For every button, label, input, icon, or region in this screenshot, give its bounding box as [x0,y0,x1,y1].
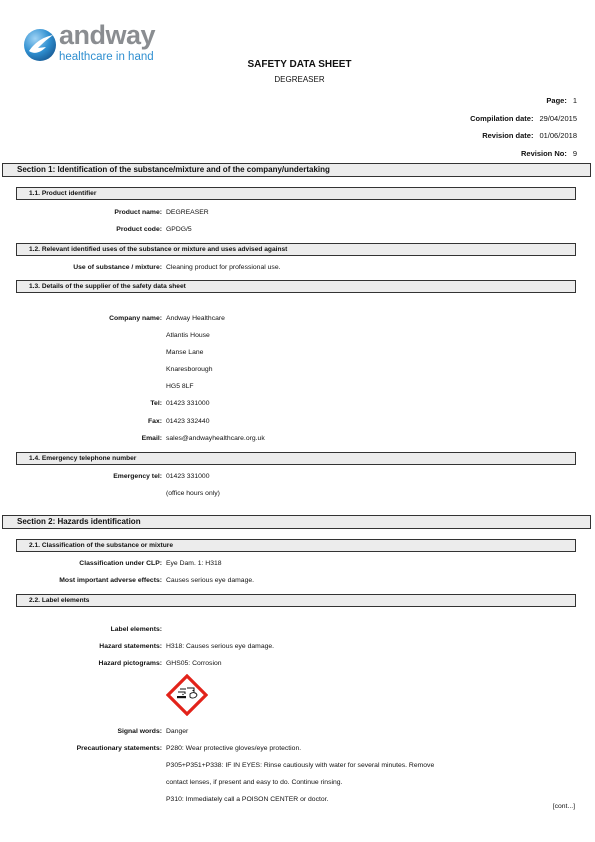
address-line: Manse Lane [0,347,595,359]
meta-page: Page:1 [470,92,577,110]
precautionary-line: P305+P351+P338: IF IN EYES: Rinse cautio… [0,760,595,772]
andway-logo-icon [22,27,58,63]
subsection-1-2-header: 1.2. Relevant identified uses of the sub… [16,243,576,256]
email-row: Email: sales@andwayhealthcare.org.uk [0,433,595,445]
section-2-header: Section 2: Hazards identification [2,515,591,529]
section-1-header: Section 1: Identification of the substan… [2,163,591,177]
subsection-1-1-header: 1.1. Product identifier [16,187,576,200]
document-product: DEGREASER [2,75,595,84]
hazard-pictograms-row: Hazard pictograms: GHS05: Corrosion [0,658,595,670]
precautionary-line: contact lenses, if present and easy to d… [0,777,595,789]
adverse-effects-row: Most important adverse effects: Causes s… [0,575,595,587]
ghs05-corrosion-icon [166,674,208,716]
emergency-tel-row: Emergency tel: 01423 331000 [0,471,595,483]
email-link[interactable]: sales@andwayhealthcare.org.uk [166,433,265,445]
subsection-2-1-header: 2.1. Classification of the substance or … [16,539,576,552]
label-elements-row: Label elements: [0,624,595,636]
signal-words-row: Signal words: Danger [0,726,595,738]
product-name-row: Product name: DEGREASER [0,207,595,219]
subsection-2-2-header: 2.2. Label elements [16,594,576,607]
precautionary-line: P310: Immediately call a POISON CENTER o… [0,794,595,806]
fax-row: Fax: 01423 332440 [0,416,595,428]
subsection-1-4-header: 1.4. Emergency telephone number [16,452,576,465]
document-meta: Page:1 Compilation date:29/04/2015 Revis… [470,92,577,162]
precautionary-statements-row: Precautionary statements: P280: Wear pro… [0,743,595,755]
hazard-statements-row: Hazard statements: H318: Causes serious … [0,641,595,653]
address-line: HG5 8LF [0,381,595,393]
use-row: Use of substance / mixture: Cleaning pro… [0,262,595,274]
document-title: SAFETY DATA SHEET [2,59,595,70]
meta-compilation-date: Compilation date:29/04/2015 [470,110,577,128]
address-line: Knaresborough [0,364,595,376]
company-name-row: Company name: Andway Healthcare [0,313,595,325]
continued-indicator: [cont...] [553,803,575,810]
tel-row: Tel: 01423 331000 [0,398,595,410]
meta-revision-no: Revision No:9 [470,145,577,163]
emergency-note-row: (office hours only) [0,488,595,500]
meta-revision-date: Revision date:01/06/2018 [470,127,577,145]
clp-classification-row: Classification under CLP: Eye Dam. 1: H3… [0,558,595,570]
address-line: Atlantis House [0,330,595,342]
product-code-row: Product code: GPDG/5 [0,224,595,236]
subsection-1-3-header: 1.3. Details of the supplier of the safe… [16,280,576,293]
logo-wordmark: andway [59,22,155,49]
